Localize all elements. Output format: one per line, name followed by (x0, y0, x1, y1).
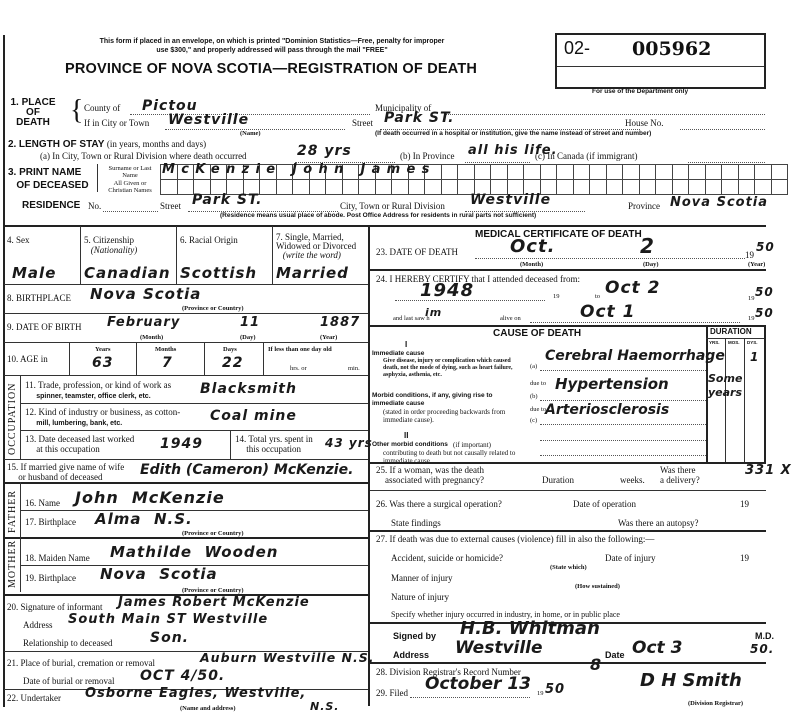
father-birthplace-value: Alma N.S. (95, 510, 193, 528)
margin-note: 331 X (745, 463, 792, 478)
sex-value: Male (12, 264, 56, 282)
attended-from-line (395, 300, 545, 301)
registrar-note: (Division Registrar) (688, 700, 743, 707)
duration-col-dys: DYS. (747, 340, 758, 345)
row-line-26 (370, 530, 766, 532)
industry-label: 12. Kind of industry or business, as cot… (25, 407, 180, 429)
stay-province-line (465, 162, 530, 163)
mother-birthplace-value: Nova Scotia (100, 565, 218, 583)
mail-notice-line2: use $300," and properly addressed will p… (62, 46, 482, 55)
marital-value: Married (276, 264, 349, 282)
burial-date-label: Date of burial or removal (23, 676, 114, 686)
alive-year-prefix: 19 (748, 315, 755, 322)
filed-year-value: 50 (545, 682, 565, 697)
undertaker-note: (Name and address) (180, 705, 236, 712)
pregnancy-weeks-label: weeks. (620, 475, 645, 485)
duration-col-mos: MOS. (728, 340, 740, 345)
filed-value: October 13 (425, 674, 531, 694)
dod-month-note: (Month) (520, 261, 543, 268)
cause-c-value: Arteriosclerosis (545, 402, 669, 418)
row-line-10 (4, 375, 368, 376)
cause-a-duration-days: 1 (750, 350, 759, 364)
informant-address-label: Address (23, 620, 53, 630)
mail-notice: This form if placed in an envelope, on w… (62, 37, 482, 55)
mother-section-label: MOTHER (7, 543, 18, 588)
spouse-label: 15. If married give name of wife or husb… (7, 462, 124, 482)
print-name-label: 3. PRINT NAME OF DECEASED (8, 166, 89, 192)
dob-label: 9. DATE OF BIRTH (7, 322, 81, 332)
duration-div-2 (744, 338, 745, 462)
mother-maiden-label: 18. Maiden Name (25, 553, 90, 563)
industry-value: Coal mine (210, 408, 297, 424)
attended-to-label: to (595, 293, 600, 300)
length-of-stay-label: 2. LENGTH OF STAY (in years, months and … (8, 139, 206, 150)
med-line-23 (370, 269, 766, 271)
months-label: Months (155, 346, 176, 353)
top-section-divider (4, 225, 766, 227)
cause-section-1: I (405, 340, 407, 349)
filed-line (410, 697, 530, 698)
burial-place-label: 21. Place of burial, cremation or remova… (7, 658, 155, 668)
total-yrs-value: 43 yrs (325, 436, 373, 450)
duration-title: DURATION (710, 327, 752, 336)
years-label: Years (95, 346, 111, 353)
cause-b-line (540, 400, 706, 401)
citizenship-label: 5. Citizenship (Nationality) (84, 235, 137, 255)
informant-address-value: South Main ST Westville (68, 612, 268, 627)
certify-label: 24. I HEREBY CERTIFY that I attended dec… (376, 274, 580, 284)
dod-year-value: 50 (756, 240, 775, 254)
column-divider (368, 226, 370, 706)
filed-year-prefix: 19 (537, 690, 544, 697)
other-line-1 (540, 440, 706, 441)
row-line-14 (4, 459, 368, 460)
undertaker-value-2: N.S. (310, 700, 340, 713)
age-div-3 (204, 342, 205, 375)
stay-province-label: (b) In Province (400, 151, 454, 161)
col-div-4 (80, 226, 81, 284)
mail-notice-line1: This form if placed in an envelope, on w… (62, 37, 482, 46)
informant-rel-value: Son. (150, 630, 189, 646)
morbid-desc: (stated in order proceeding backwards fr… (383, 408, 518, 424)
place-of-death-label: 1. PLACEOFDEATH (8, 98, 58, 128)
signature-date-value: Oct 3 (632, 638, 682, 658)
age-div-1 (69, 342, 70, 375)
injury-date-label: Date of injury (605, 553, 655, 563)
brace: { (70, 96, 83, 126)
md-label: M.D. (755, 631, 774, 641)
signature-address-label: Address (393, 650, 429, 660)
burial-place-value: Auburn Westville N.S. (200, 650, 375, 665)
racial-origin-value: Scottish (180, 264, 257, 282)
age-label: 10. AGE in (7, 354, 48, 364)
row-line-11 (20, 403, 368, 404)
external-label: 27. If death was due to external causes … (376, 534, 654, 544)
registration-number: 005962 (632, 38, 711, 60)
cause-b-label: (b) (530, 393, 538, 400)
occupation-side-div (20, 375, 21, 459)
residence-province-value: Nova Scotia (670, 195, 768, 210)
hrs-label: hrs. or (290, 365, 307, 372)
pregnancy-label: 25. If a woman, was the death associated… (376, 465, 484, 485)
operation-year-prefix: 19 (740, 499, 749, 509)
street-value: Park ST. (384, 110, 454, 126)
name-divider (97, 164, 98, 192)
nature-label: Nature of injury (391, 592, 449, 602)
dod-day-value: 2 (640, 234, 655, 258)
surgical-label: 26. Was there a surgical operation? (376, 499, 502, 509)
form-left-border (3, 35, 5, 707)
signed-by-value: H.B. Whitman (460, 618, 600, 639)
last-worked-label: 13. Date deceased last worked at this oc… (25, 434, 134, 454)
sex-label: 4. Sex (7, 235, 30, 245)
record-number-value: 8 (590, 655, 602, 674)
deceased-name-value: McKenzie John James (162, 162, 436, 177)
birthplace-note: (Province or Country) (182, 305, 244, 312)
row-line-8 (4, 313, 368, 314)
residence-street-label: Street (160, 201, 181, 211)
department-box: 02- 005962 (555, 33, 766, 89)
birthplace-value: Nova Scotia (90, 285, 201, 303)
citizenship-value: Canadian (84, 264, 171, 282)
attended-to-value: Oct 2 (605, 278, 660, 298)
father-name-value: John McKenzie (75, 488, 225, 507)
house-line (680, 129, 765, 130)
last-worked-value: 1949 (160, 436, 203, 452)
row-line-12 (20, 430, 368, 431)
cause-a-value: Cerebral Haemorrhage (545, 348, 725, 364)
city-value: Westville (168, 112, 249, 128)
dob-month-note: (Month) (140, 334, 163, 341)
registration-prefix: 02- (564, 38, 590, 59)
hospital-note: (If death occurred in a hospital or inst… (375, 130, 651, 137)
alive-on-value: Oct 1 (580, 302, 635, 322)
informant-rel-label: Relationship to deceased (23, 638, 112, 648)
father-birthplace-note: (Province or Country) (182, 530, 244, 537)
form-title: PROVINCE OF NOVA SCOTIA—REGISTRATION OF … (65, 61, 477, 77)
residence-no-label: No. (88, 201, 101, 211)
dob-month-value: February (107, 315, 180, 330)
cause-c-line (540, 424, 706, 425)
accident-label: Accident, suicide or homicide? (391, 553, 503, 563)
stay-canada-label: (c) In Canada (if immigrant) (535, 151, 637, 161)
trade-label: 11. Trade, profession, or kind of work a… (25, 380, 171, 402)
due-to-1: due to (530, 380, 546, 387)
min-label: min. (348, 365, 360, 372)
due-to-2: due to (530, 406, 546, 413)
racial-origin-label: 6. Racial Origin (180, 235, 238, 245)
dod-label: 23. DATE OF DEATH (376, 247, 458, 257)
dob-year-value: 1887 (320, 315, 360, 330)
father-birthplace-label: 17. Birthplace (25, 517, 76, 527)
residence-street-value: Park ST. (192, 192, 262, 208)
occupation-section-label: OCCUPATION (7, 385, 18, 455)
signature-address-value: Westville (455, 638, 543, 658)
signature-year-value: 50. (750, 642, 774, 656)
cause-section-2: II (404, 431, 408, 440)
residence-label: RESIDENCE (22, 200, 80, 211)
col-div-5 (176, 226, 177, 284)
row-line-17 (4, 537, 368, 539)
house-label: House No. (625, 118, 664, 128)
state-which-note: (State which) (550, 564, 587, 571)
trade-value: Blacksmith (200, 381, 297, 397)
filed-label: 29. Filed (376, 688, 408, 698)
county-label: County of (84, 103, 120, 113)
street-label: Street (352, 118, 373, 128)
county-line (130, 114, 370, 115)
dod-day-note: (Day) (643, 261, 659, 268)
how-sustained-note: (How sustained) (575, 583, 620, 590)
alive-on-line (530, 322, 740, 323)
father-name-label: 16. Name (25, 498, 60, 508)
cause-a-label: (a) (530, 363, 537, 370)
occ-div-14 (230, 430, 231, 459)
given-names-label: All Given or Christian Names (101, 180, 159, 194)
age-div-2 (136, 342, 137, 375)
residence-city-label: City, Town or Rural Division (340, 201, 445, 211)
stay-city-label: (a) In City, Town or Rural Division wher… (40, 151, 247, 161)
city-label: If in City or Town (84, 118, 149, 128)
findings-label: State findings (391, 518, 441, 528)
row-line-9 (4, 342, 368, 343)
dod-month-value: Oct. (510, 236, 555, 257)
duration-right-border (764, 325, 766, 462)
stay-city-value: 28 yrs (297, 143, 352, 159)
autopsy-label: Was there an autopsy? (618, 518, 699, 528)
age-years-value: 63 (92, 355, 113, 371)
undertaker-label: 22. Undertaker (7, 693, 61, 703)
delivery-label: Was there a delivery? (660, 465, 700, 485)
informant-sig-label: 20. Signature of informant (7, 602, 102, 612)
attended-to-year-prefix: 19 (748, 295, 755, 302)
attended-from-value: 1948 (420, 280, 474, 301)
row-line-sig (370, 662, 766, 664)
duration-title-line (706, 338, 764, 339)
cause-b-duration: Some years (708, 372, 748, 400)
morbid-label: Morbid conditions, if any, giving rise t… (372, 392, 520, 408)
age-months-value: 7 (162, 355, 173, 371)
registrar-signature: D H Smith (640, 670, 742, 691)
total-yrs-label: 14. Total yrs. spent in this occupation (235, 434, 313, 454)
immediate-cause-desc: Give disease, injury or complication whi… (383, 358, 518, 378)
mother-maiden-value: Mathilde Wooden (110, 543, 278, 561)
medical-cert-title: MEDICAL CERTIFICATE OF DEATH (475, 229, 642, 240)
operation-date-label: Date of operation (573, 499, 636, 509)
mother-birthplace-label: 19. Birthplace (25, 573, 76, 583)
cause-title: CAUSE OF DEATH (493, 328, 581, 339)
dod-line (475, 258, 745, 259)
dod-year-note: (Year) (748, 261, 765, 268)
duration-col-yrs: YRS. (709, 340, 720, 345)
age-div-4 (263, 342, 264, 375)
stay-canada-line (688, 162, 765, 163)
cause-c-label: (c) (530, 417, 537, 424)
city-name-note: (Name) (240, 130, 261, 137)
marital-label: 7. Single, Married, Widowed or Divorced … (276, 233, 366, 260)
cause-b-value: Hypertension (555, 375, 669, 393)
surname-label: Surname or Last Name (101, 165, 159, 179)
row-line-25 (370, 490, 766, 491)
birthplace-label: 8. BIRTHPLACE (7, 293, 71, 303)
municipality-line (445, 114, 765, 115)
age-days-value: 22 (222, 355, 243, 371)
alive-year-value: 50 (755, 306, 774, 320)
dod-year-prefix: 19 (745, 250, 754, 260)
burial-date-value: OCT 4/50. (140, 668, 225, 684)
pregnancy-duration-label: Duration (542, 475, 574, 485)
informant-sig-value: James Robert McKenzie (118, 595, 310, 610)
immediate-cause-label: Immediate cause (372, 350, 424, 357)
residence-city-value: Westville (470, 192, 551, 208)
injury-year-prefix: 19 (740, 553, 749, 563)
other-line-2 (540, 455, 706, 456)
dob-day-value: 11 (240, 315, 260, 330)
row-line-16 (20, 510, 368, 511)
cause-a-line (540, 370, 706, 371)
department-box-divider (557, 66, 764, 67)
alive-on-label: alive on (500, 315, 521, 322)
signature-date-label: Date (605, 650, 625, 660)
residence-no-line (103, 211, 158, 212)
father-section-label: FATHER (7, 488, 18, 533)
last-saw-pronoun: im (425, 306, 442, 319)
dob-year-note: (Year) (320, 334, 337, 341)
duration-div-1 (725, 338, 726, 462)
attended-to-year: 50 (755, 285, 774, 299)
mother-birthplace-note: (Province or Country) (182, 587, 244, 594)
residence-province-label: Province (628, 201, 660, 211)
row-line-15 (4, 482, 368, 484)
residence-note: (Residence means usual place of abode. P… (220, 212, 536, 219)
days-label: Days (223, 346, 237, 353)
dob-day-note: (Day) (240, 334, 256, 341)
spouse-value: Edith (Cameron) McKenzie. (140, 462, 353, 478)
department-note: For use of the Department only (592, 88, 688, 95)
signed-by-label: Signed by (393, 631, 436, 641)
cause-bottom-line (370, 462, 766, 464)
attended-from-prefix: 19 (553, 293, 560, 300)
undertaker-value: Osborne Eagles, Westville, (85, 686, 306, 701)
less-than-day-label: If less than one day old (268, 346, 332, 353)
col-div-6 (272, 226, 273, 284)
manner-label: Manner of injury (391, 573, 452, 583)
